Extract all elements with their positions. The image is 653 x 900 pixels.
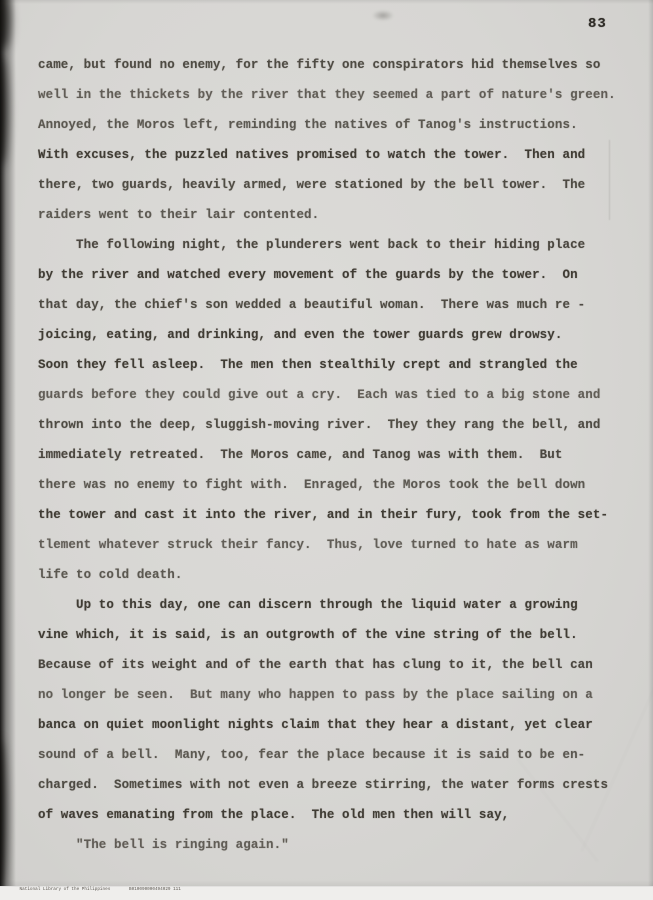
text-line: sound of a bell. Many, too, fear the pla… [38, 740, 623, 770]
typewritten-text: came, but found no enemy, for the fifty … [38, 50, 623, 860]
text-line: vine which, it is said, is an outgrowth … [38, 620, 623, 650]
text-line: well in the thickets by the river that t… [38, 80, 623, 110]
text-line: by the river and watched every movement … [38, 260, 623, 290]
text-line: Soon they fell asleep. The men then stea… [38, 350, 623, 380]
text-line: there was no enemy to fight with. Enrage… [38, 470, 623, 500]
library-stamp: National Library of the Philippines [20, 886, 111, 891]
text-line: The following night, the plunderers went… [38, 230, 623, 260]
text-line: raiders went to their lair contented. [38, 200, 623, 230]
text-line: "The bell is ringing again." [38, 830, 623, 860]
text-line: of waves emanating from the place. The o… [38, 800, 623, 830]
scan-edge-shadow-top [0, 0, 653, 4]
text-line: thrown into the deep, sluggish-moving ri… [38, 410, 623, 440]
scan-footer-strip: National Library of the PhilippinesB0100… [0, 886, 653, 900]
footer-text: National Library of the PhilippinesB0100… [4, 881, 181, 897]
text-line: there, two guards, heavily armed, were s… [38, 170, 623, 200]
footer-code: B010090000494029 111 [129, 886, 181, 891]
text-line: no longer be seen. But many who happen t… [38, 680, 623, 710]
text-line: life to cold death. [38, 560, 623, 590]
text-line: that day, the chief's son wedded a beaut… [38, 290, 623, 320]
text-line: Annoyed, the Moros left, reminding the n… [38, 110, 623, 140]
ink-smudge [372, 10, 394, 21]
scan-edge-shadow-right [648, 0, 653, 887]
page-number: 83 [588, 16, 607, 32]
text-line: the tower and cast it into the river, an… [38, 500, 623, 530]
text-line: With excuses, the puzzled natives promis… [38, 140, 623, 170]
text-line: tlement whatever struck their fancy. Thu… [38, 530, 623, 560]
text-line: charged. Sometimes with not even a breez… [38, 770, 623, 800]
text-line: Because of its weight and of the earth t… [38, 650, 623, 680]
text-line: banca on quiet moonlight nights claim th… [38, 710, 623, 740]
text-line: joicing, eating, and drinking, and even … [38, 320, 623, 350]
text-line: guards before they could give out a cry.… [38, 380, 623, 410]
text-line: Up to this day, one can discern through … [38, 590, 623, 620]
scanned-manuscript-page: 83 came, but found no enemy, for the fif… [0, 0, 653, 900]
text-line: immediately retreated. The Moros came, a… [38, 440, 623, 470]
text-line: came, but found no enemy, for the fifty … [38, 50, 623, 80]
